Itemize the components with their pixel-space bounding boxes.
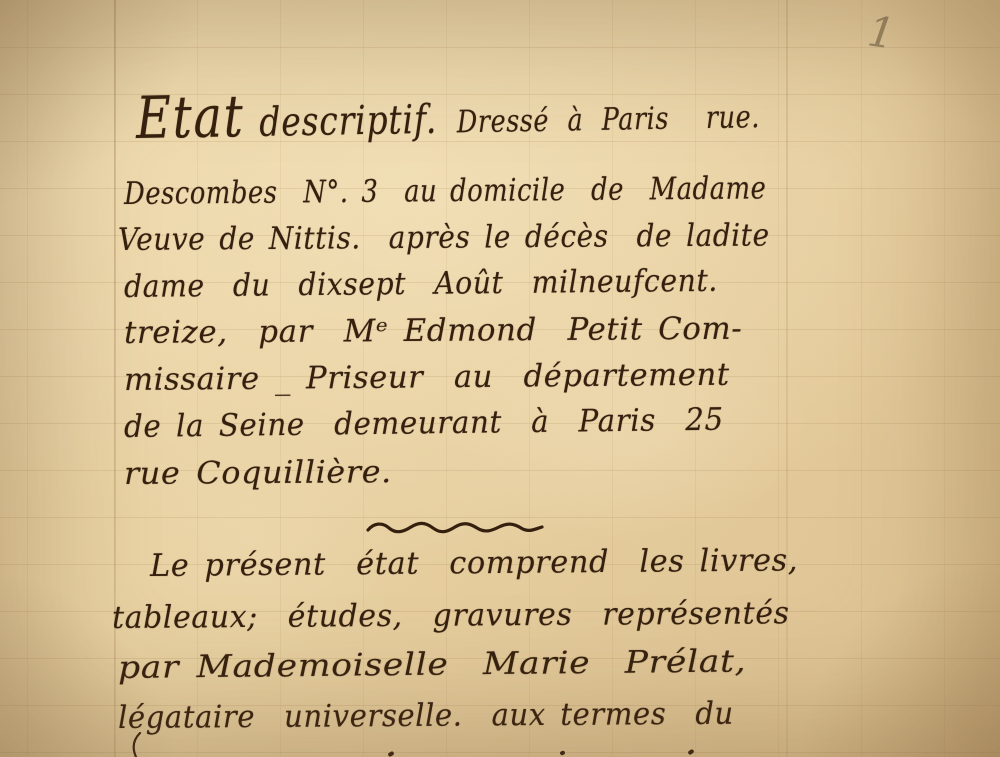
manuscript-line: treize, par Mᵉ Edmond Petit Com-: [124, 311, 743, 351]
manuscript-title-line: Etat descriptif. Dressé à Paris rue.: [135, 73, 760, 152]
manuscript-line: Descombes N°. 3 au domicile de Madame: [124, 170, 767, 212]
page-number: 1: [865, 6, 898, 58]
manuscript-page: 1 Etat descriptif. Dressé à Paris rue. D…: [0, 0, 1000, 757]
manuscript-line: rue Coquillière.: [124, 454, 392, 492]
manuscript-line: dame du dixsept Août milneufcent.: [124, 263, 718, 305]
divider-squiggle: [366, 518, 544, 540]
manuscript-line: Veuve de Nittis. après le décès de ladit…: [118, 217, 770, 258]
left-crease-line: [114, 0, 116, 757]
title-word-etat: Etat: [135, 82, 245, 152]
right-crease-line: [786, 0, 788, 757]
manuscript-line: légataire universelle. aux termes du: [118, 696, 734, 736]
manuscript-line: par Mademoiselle Marie Prélat,: [118, 643, 747, 686]
manuscript-line: de la Seine demeurant à Paris 25: [124, 402, 724, 445]
cutoff-stroke: [387, 751, 394, 757]
title-word-descriptif: descriptif.: [259, 97, 438, 146]
manuscript-line: Le présent état comprend les livres,: [150, 542, 798, 584]
title-rest: Dressé à Paris rue.: [457, 99, 761, 140]
manuscript-line: missaire _ Priseur au département: [124, 357, 730, 398]
cutoff-stroke: [559, 750, 565, 756]
cutoff-stroke: [687, 749, 694, 756]
manuscript-line: tableaux; études, gravures représentés: [112, 595, 790, 636]
